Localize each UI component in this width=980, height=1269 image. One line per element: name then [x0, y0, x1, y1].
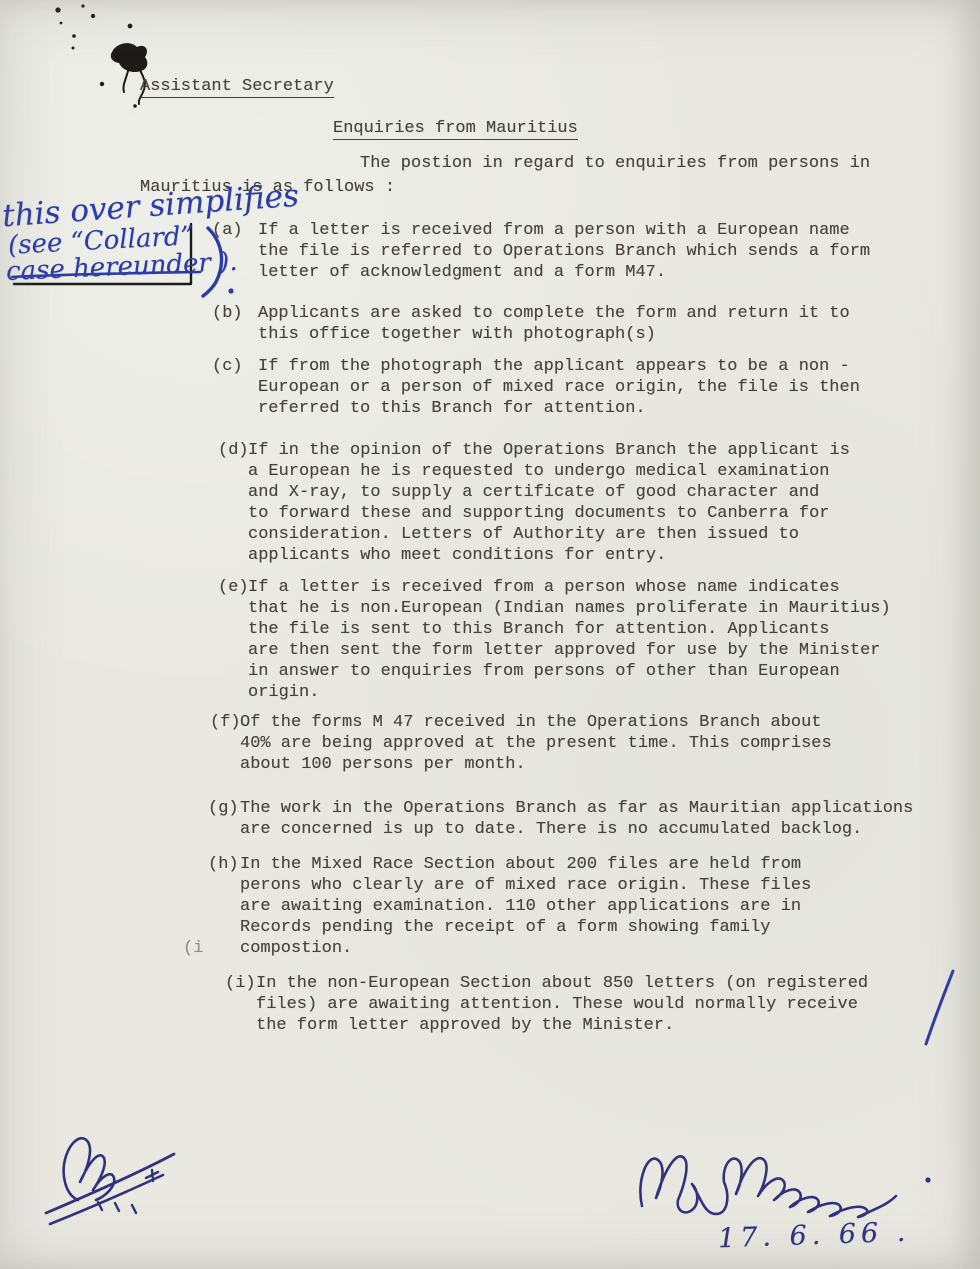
initials-scrawl-icon: [46, 1138, 174, 1224]
item-text: If in the opinion of the Operations Bran…: [248, 440, 850, 566]
item-label: (d): [218, 440, 248, 566]
item-label: (b): [212, 303, 258, 345]
recipient-text: Assistant Secretary: [140, 77, 334, 98]
scanned-memo-page: { "document": { "recipient": "Assistant …: [0, 0, 980, 1269]
enquiry-item-b: (b)Applicants are asked to complete the …: [212, 303, 850, 345]
item-text: Applicants are asked to complete the for…: [258, 303, 850, 345]
enquiry-item-h: (h)In the Mixed Race Section about 200 f…: [208, 854, 811, 959]
ink-specks-icon: [55, 4, 136, 107]
enquiry-item-e: (e)If a letter is received from a person…: [218, 577, 891, 703]
enquiry-item-d: (d)If in the opinion of the Operations B…: [218, 440, 850, 566]
item-text: In the Mixed Race Section about 200 file…: [240, 854, 811, 959]
document-title-text: Enquiries from Mauritius: [333, 119, 578, 140]
item-label: (c): [212, 356, 258, 419]
item-label: (e): [218, 577, 248, 703]
enquiry-item-c: (c)If from the photograph the applicant …: [212, 356, 860, 419]
enquiry-item-a: (a)If a letter is received from a person…: [212, 220, 870, 283]
enquiry-item-i: (i)In the non-European Section about 850…: [225, 973, 868, 1036]
enquiry-item-f: (f)Of the forms M 47 received in the Ope…: [210, 712, 832, 775]
item-label: (h): [208, 854, 240, 959]
item-text: If a letter is received from a person wi…: [258, 220, 870, 283]
recipient-line: Assistant Secretary: [140, 76, 334, 97]
item-text: The work in the Operations Branch as far…: [240, 798, 913, 840]
item-text: Of the forms M 47 received in the Operat…: [240, 712, 832, 775]
item-label: (g): [208, 798, 240, 840]
handwritten-date: 17. 6. 66 .: [718, 1217, 911, 1255]
typed-margin-mark: (i: [183, 938, 203, 959]
document-title: Enquiries from Mauritius: [333, 118, 578, 139]
item-label: (f): [210, 712, 240, 775]
approval-slash-icon: [926, 971, 953, 1044]
intro-line-1: The postion in regard to enquiries from …: [360, 153, 870, 174]
item-text: If from the photograph the applicant app…: [258, 356, 860, 419]
item-label: (i): [225, 973, 256, 1036]
item-text: In the non-European Section about 850 le…: [256, 973, 868, 1036]
item-text: If a letter is received from a person wh…: [248, 577, 891, 703]
enquiry-item-g: (g)The work in the Operations Branch as …: [208, 798, 913, 840]
signature-scrawl: [640, 1156, 930, 1217]
